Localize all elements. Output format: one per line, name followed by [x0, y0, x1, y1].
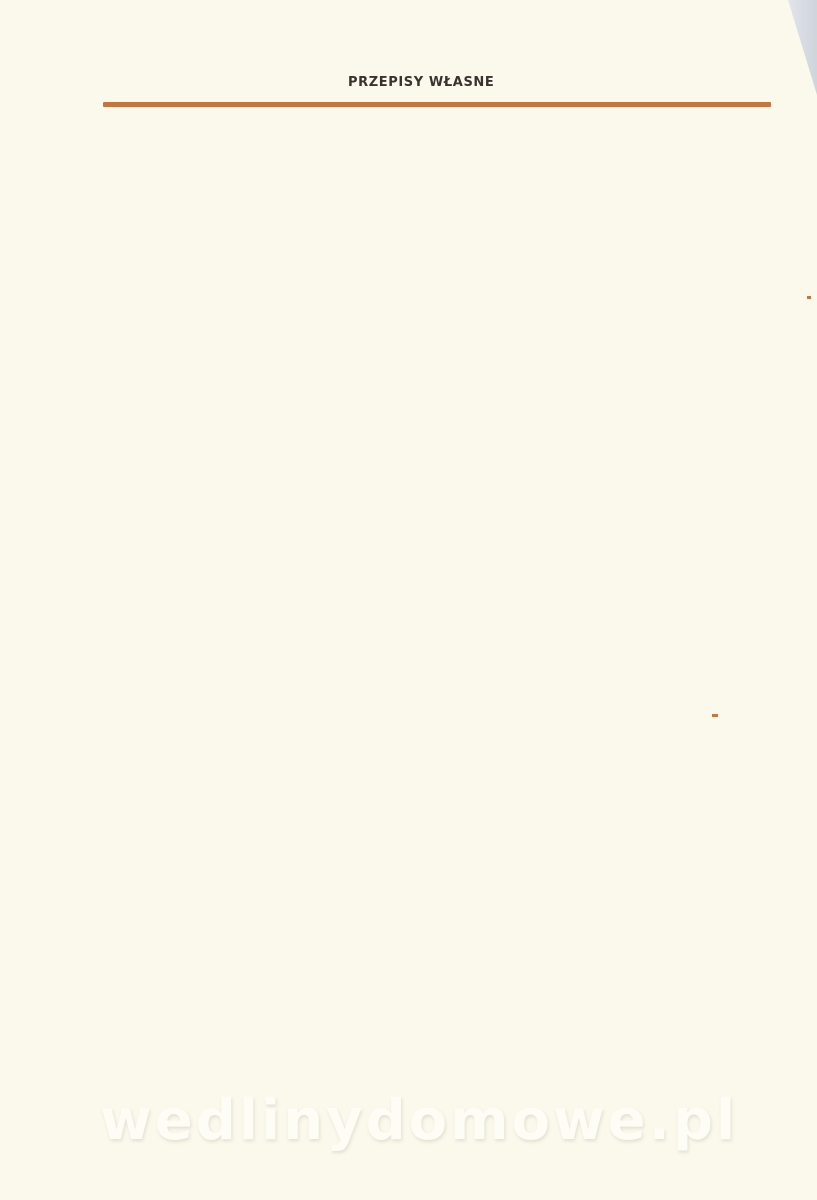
- book-page: PRZEPISY WŁASNE wedlinydomowe.pl: [0, 0, 817, 1200]
- ink-speck: [807, 296, 811, 299]
- page-header: PRZEPISY WŁASNE: [348, 75, 494, 90]
- watermark: wedlinydomowe.pl: [100, 1088, 738, 1153]
- ink-speck: [712, 714, 718, 717]
- header-rule: [103, 102, 771, 107]
